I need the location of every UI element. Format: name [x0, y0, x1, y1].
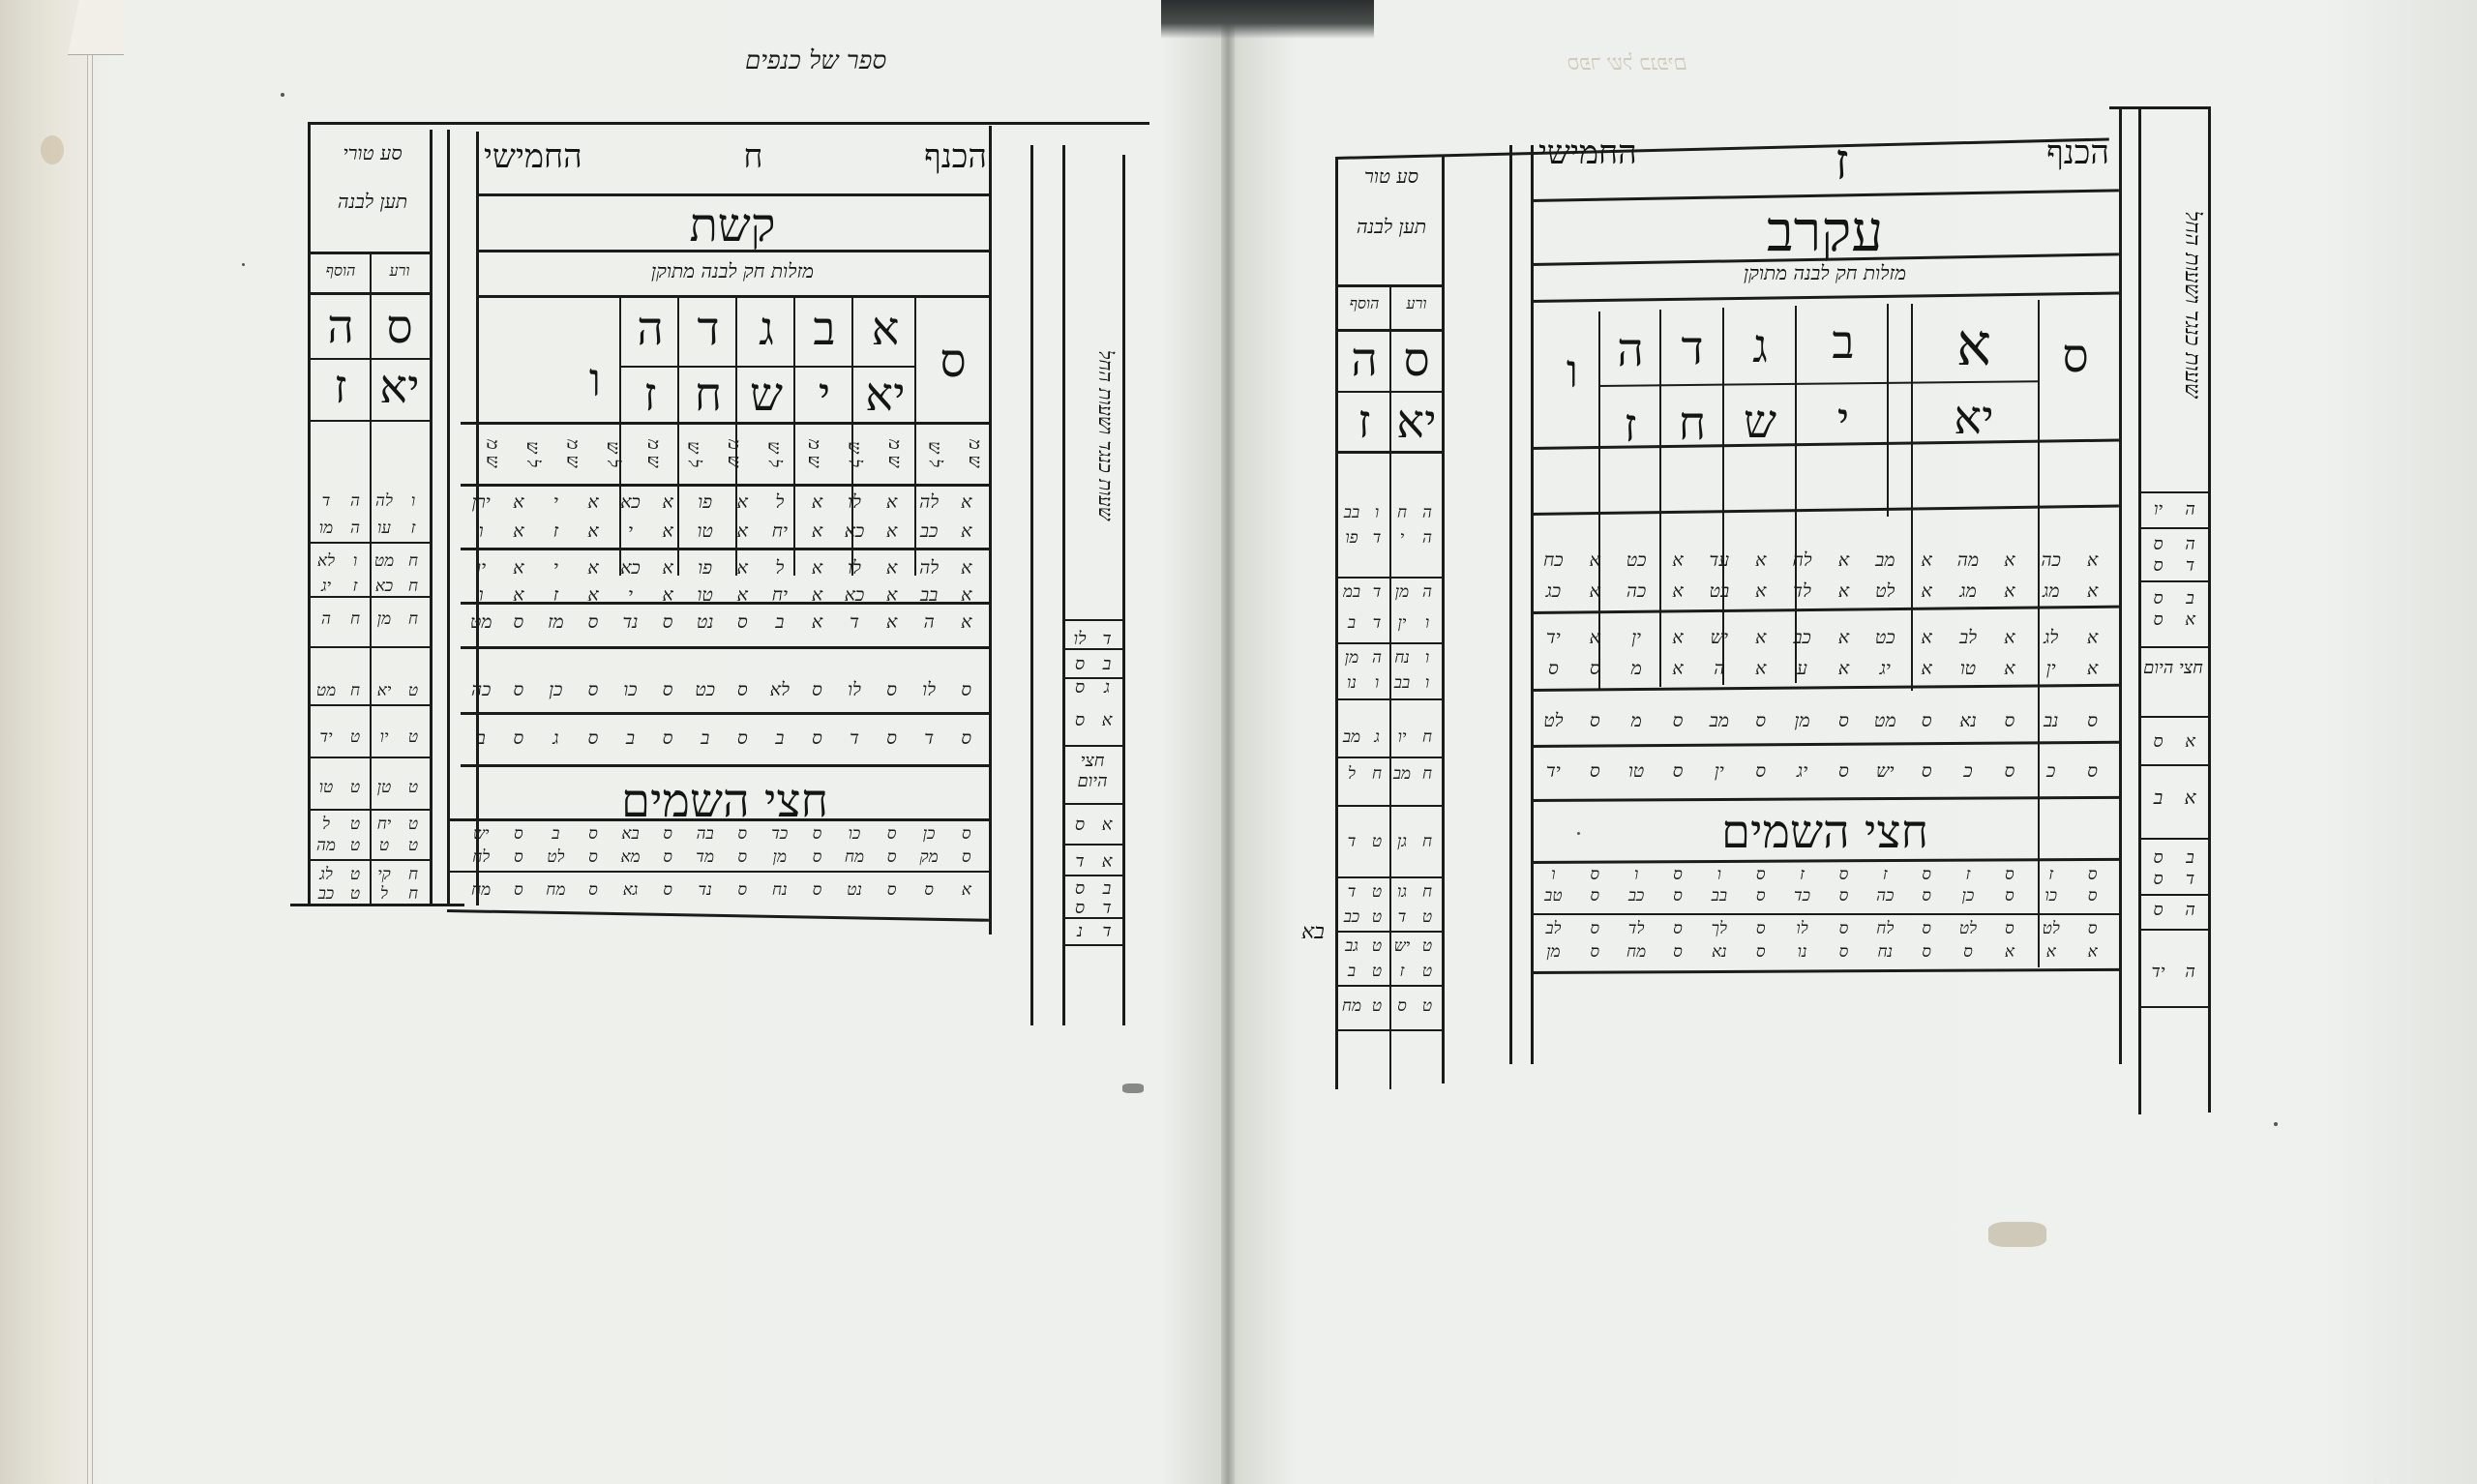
midheaven-title: חצי השמים: [1531, 805, 2119, 859]
table-rule: [1062, 944, 1122, 946]
binding-shadow: [1161, 0, 1374, 39]
side-subheader-left: הוסף: [312, 261, 370, 281]
table-rule: [1335, 805, 1444, 807]
side-letter: ה: [1339, 333, 1389, 387]
outer-column-row: בס: [2142, 588, 2206, 608]
table-rule: [476, 250, 989, 252]
table-rule: [2138, 527, 2208, 529]
data-row: אלהאלואלאפואכאאיאירן: [463, 491, 985, 514]
table-rule: [461, 764, 989, 767]
grid-letter: ד: [679, 302, 737, 356]
outer-column-row: אס: [2142, 609, 2206, 630]
side-letter: ס: [371, 300, 429, 354]
side-row: טדטכב: [1339, 907, 1440, 927]
running-head-left: ספר של כנפים: [745, 46, 886, 75]
wing-ordinal: החמישי: [484, 137, 582, 176]
side-header-line2: תען לבנה: [319, 190, 426, 214]
table-rule: [1062, 844, 1122, 846]
table-rule: [2138, 108, 2141, 1114]
table-rule: [1442, 155, 1445, 1083]
side-row: טישטגב: [1339, 936, 1440, 956]
data-row: אהאדאבסנטסנדסמזסמט: [463, 611, 985, 634]
table-rule: [1335, 157, 1338, 1089]
side-row: טיוטיד: [312, 727, 428, 747]
grid-letter: ב: [795, 302, 853, 356]
outer-column-row: דנ: [1066, 921, 1120, 941]
table-rule: [308, 859, 432, 861]
grid-letter: ח: [1662, 397, 1722, 451]
table-rule: [1335, 1029, 1444, 1031]
table-rule: [461, 646, 989, 649]
table-rule: [1335, 931, 1444, 933]
midheaven-row: סלטסלטסלחסלוסלךסלדסלב: [1533, 919, 2113, 938]
table-rule: [1335, 876, 1444, 878]
side-row: חמבחל: [1339, 764, 1440, 784]
side-letter: ז: [312, 360, 370, 414]
side-letter: ה: [312, 300, 370, 354]
paper-speck: [242, 263, 245, 266]
side-letter: ז: [1339, 395, 1389, 449]
table-rule: [2138, 929, 2208, 931]
outer-column-row: בס: [2142, 847, 2206, 868]
grid-letter: ג: [1726, 319, 1794, 373]
grid-letter: א: [1916, 312, 2032, 379]
table-rule: [1509, 145, 1512, 1064]
midheaven-row: אאאססנחסנוסנאסמחסמן: [1533, 942, 2113, 962]
outer-column-row: אס: [2142, 731, 2206, 752]
table-rule: [461, 484, 989, 487]
table-rule: [2138, 716, 2208, 718]
outer-column-midday: חצי היום: [1064, 751, 1120, 791]
table-rule: [1062, 145, 1065, 1025]
paper-speck: [2274, 1122, 2278, 1126]
side-row: ונחהמן: [1339, 648, 1440, 668]
side-row: טיאחמט: [312, 681, 428, 700]
table-rule: [2138, 838, 2208, 840]
table-rule: [476, 193, 989, 196]
lone-letter-samekh: ס: [919, 334, 987, 388]
table-rule: [447, 130, 450, 904]
data-row: סלוסלוסלאסכטסכוסכןסכה: [463, 679, 985, 701]
table-rule: [1062, 745, 1122, 747]
grid-letter: ש: [1726, 395, 1794, 449]
grid-letter: ז: [621, 368, 679, 422]
table-rule: [447, 871, 989, 873]
table-rule: [2138, 764, 2208, 766]
outer-column-title: שעות כנגד ושעות החל: [1069, 261, 1118, 609]
table-rule: [1335, 698, 1444, 700]
side-letter: ס: [1391, 333, 1442, 387]
zodiac-sign-title: קשת: [476, 198, 989, 252]
grid-letter: יא: [856, 368, 914, 422]
data-row: אלהאלואלאפואכאאיאיו: [463, 557, 985, 579]
grid-letter: ג: [737, 302, 795, 356]
outer-column-row: בס: [1066, 654, 1120, 674]
data-row: סכסכסישסיגסיןסטוסיד: [1533, 760, 2113, 783]
grid-letter: י: [795, 368, 853, 422]
side-row: זעוהמו: [312, 519, 428, 538]
table-rule: [2109, 106, 2211, 109]
side-subheader-right: ורע: [371, 261, 429, 281]
side-row: חמןחה: [312, 609, 428, 629]
side-row: חגוטד: [1339, 882, 1440, 902]
marginal-catchword: בא: [1301, 919, 1325, 944]
wing-letter: ז: [1835, 134, 1849, 192]
table-rule: [1335, 577, 1444, 579]
table-rule: [1062, 677, 1122, 679]
table-rule: [2138, 646, 2208, 648]
paper-damage-spot: [1988, 1222, 2046, 1247]
side-row: ויןדב: [1339, 613, 1440, 633]
midheaven-row: סכוסכןסכהסכדסבבסכבסטב: [1533, 886, 2113, 905]
table-rule: [1335, 757, 1444, 758]
left-page-stacked-leaves: [39, 0, 93, 1484]
side-row: ובבונו: [1339, 673, 1440, 693]
column-subheader-row: ש מ ל ש ש מ ל ש ש מ ל ש ש מ ל ש ש מ ל ש …: [463, 426, 985, 482]
lone-letter-samekh: ס: [2042, 329, 2109, 383]
side-row: טטןטטו: [312, 778, 428, 797]
table-rule: [2208, 106, 2211, 1113]
side-row: חגןטד: [1339, 832, 1440, 851]
grid-letter: ח: [679, 368, 737, 422]
data-row: איןאטואיגאעאהאמסס: [1533, 658, 2113, 680]
table-rule: [2138, 491, 2208, 493]
table-subtitle: מזלות חק לבנה מתוקן: [1531, 261, 2119, 285]
midheaven-row: סזסזסזסזסוסוסו: [1533, 865, 2113, 884]
wing-label: הכנף: [924, 137, 987, 176]
wing-label: הכנף: [2046, 134, 2109, 192]
data-row: סדסדסבסבסבסגסב: [463, 727, 985, 750]
foxing-stain: [41, 135, 64, 164]
wing-ordinal: החמישי: [1538, 134, 1637, 192]
grid-letter: ה: [1601, 323, 1659, 377]
table-rule: [1335, 391, 1444, 393]
side-header-line2: תען לבנה: [1345, 215, 1438, 239]
outer-column-row: הס: [2142, 534, 2206, 554]
lone-letter-vav: ו: [1538, 344, 1606, 399]
table-rule: [461, 548, 989, 550]
side-row: טזטב: [1339, 962, 1440, 981]
table-rule: [1335, 985, 1444, 987]
outer-column-row: אס: [1066, 815, 1120, 835]
running-head-right-showthrough: ספר של כנפים: [1567, 50, 1687, 75]
table-rule: [308, 809, 432, 811]
side-row: טיחטל: [312, 815, 428, 834]
side-letter: יא: [371, 360, 429, 414]
table-rule: [308, 122, 311, 905]
table-rule: [1335, 329, 1444, 332]
table-rule: [1887, 304, 1889, 517]
table-rule: [989, 126, 992, 935]
paper-speck: [1122, 1083, 1144, 1093]
side-header-line1: סע טור: [1345, 164, 1438, 189]
data-row: אכבאכאאיחאטואיאזאו: [463, 520, 985, 543]
table-rule: [1062, 648, 1122, 650]
outer-column-row: אס: [1066, 710, 1120, 730]
table-subtitle: מזלות חק לבנה מתוקן: [476, 259, 989, 283]
paper-speck: [281, 93, 284, 97]
outer-column-row: היו: [2142, 499, 2206, 519]
grid-letter: ד: [1662, 321, 1722, 375]
wing-header: הכנף ח החמישי: [484, 137, 987, 176]
grid-letter: ש: [737, 368, 795, 422]
grid-letter: יא: [1916, 391, 2032, 445]
wing-header: הכנף ז החמישי: [1538, 134, 2109, 192]
table-rule: [1335, 642, 1444, 644]
table-rule: [1062, 875, 1122, 876]
side-row: המןדבמ: [1339, 582, 1440, 602]
table-rule: [308, 704, 432, 706]
midheaven-row: אססנטסנחסנדסגאסמחסמח: [463, 880, 985, 900]
grid-letter: ה: [621, 302, 679, 356]
outer-column-row: אב: [2142, 786, 2206, 810]
table-rule: [2138, 1006, 2208, 1008]
table-rule: [308, 122, 1149, 125]
table-rule: [308, 420, 432, 422]
outer-column-row: גס: [1066, 677, 1120, 697]
table-rule: [308, 646, 432, 648]
side-row: חיוגמב: [1339, 727, 1440, 747]
outer-column-row: אד: [1066, 851, 1120, 872]
side-row: הידפו: [1339, 528, 1440, 548]
data-row: אכהאמהאמבאלחאעדאכטאכח: [1533, 549, 2113, 572]
table-rule: [1030, 145, 1033, 1025]
table-rule: [447, 818, 989, 821]
wing-letter: ח: [743, 137, 762, 176]
side-row: החובב: [1339, 503, 1440, 522]
side-subheader-left: הוסף: [1339, 294, 1389, 313]
table-rule: [290, 904, 464, 906]
outer-column-row: דס: [2142, 869, 2206, 889]
midheaven-row: סמקסמחסמןסמדסמאסלטסלח: [463, 847, 985, 867]
table-rule: [2138, 894, 2208, 896]
side-row: חלטכב: [312, 884, 428, 904]
side-row: חכאזיג: [312, 577, 428, 596]
outer-column-row: דלו: [1066, 629, 1120, 649]
midheaven-row: סכןסכוסכדסבהסבאסבסיש: [463, 824, 985, 844]
table-rule: [476, 295, 989, 298]
side-row: חקיטלג: [312, 865, 428, 884]
table-rule: [1531, 913, 2119, 915]
side-letter: יא: [1391, 395, 1442, 449]
table-rule: [461, 602, 989, 605]
table-rule: [1062, 803, 1122, 805]
outer-column-row: הס: [2142, 900, 2206, 920]
data-row: אלגאלבאכטאכבאישאיןאיד: [1533, 627, 2113, 649]
side-subheader-right: ורע: [1391, 294, 1442, 313]
side-row: טסטמח: [1339, 996, 1440, 1016]
table-rule: [430, 130, 433, 904]
book-gutter: [1221, 0, 1235, 1484]
table-rule: [1122, 155, 1125, 1025]
table-rule: [461, 712, 989, 715]
outer-column-row: בס: [1066, 878, 1120, 899]
outer-column-row: דס: [2142, 555, 2206, 576]
side-row: חמטולא: [312, 551, 428, 571]
table-rule: [308, 542, 432, 544]
side-row: טטטמה: [312, 836, 428, 855]
side-header-line1: סע טורי: [319, 141, 426, 165]
table-rule: [1062, 619, 1122, 621]
table-rule: [2119, 106, 2122, 1064]
table-rule: [308, 757, 432, 758]
table-rule: [308, 596, 432, 598]
outer-column-title: שעות כנגד ושעות החל: [2146, 145, 2204, 464]
outer-column-row: היד: [2142, 962, 2206, 982]
table-rule: [308, 292, 432, 295]
data-row: אמגאמגאלטאלדאבטאכהאכג: [1533, 580, 2113, 603]
table-rule: [2138, 580, 2208, 582]
grid-letter: ב: [1800, 315, 1887, 370]
grid-letter: י: [1800, 393, 1887, 447]
table-rule: [461, 422, 989, 425]
side-row: ולההד: [312, 491, 428, 511]
outer-column-row: דס: [1066, 898, 1120, 918]
table-rule: [1062, 917, 1122, 919]
grid-letter: א: [856, 302, 914, 356]
outer-column-midday: חצי היום: [2140, 658, 2206, 678]
paper-speck: [1577, 832, 1580, 835]
table-rule: [1335, 451, 1444, 454]
data-row: סנבסנאסמטסמןסמבסמסלט: [1533, 710, 2113, 732]
